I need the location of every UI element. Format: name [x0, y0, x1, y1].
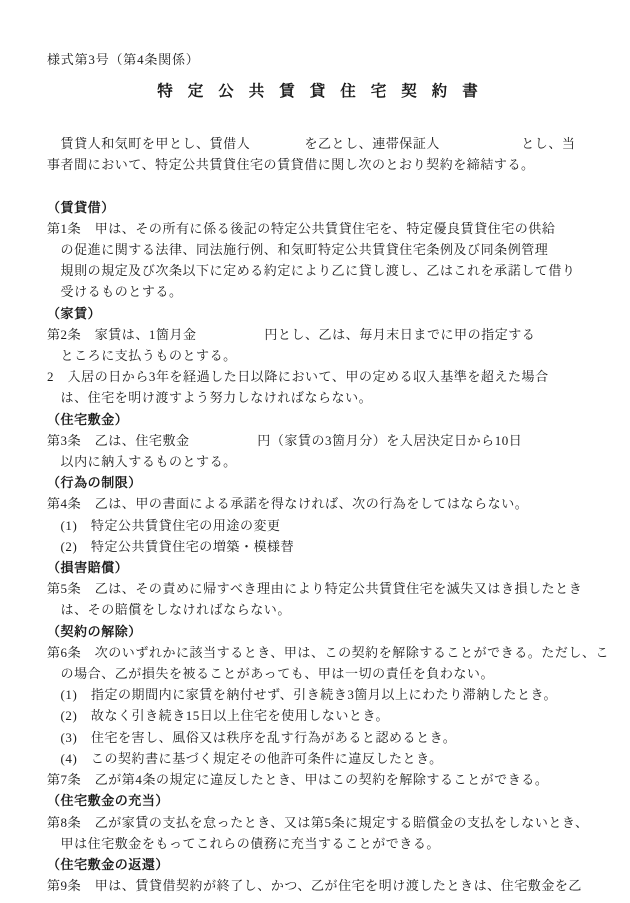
document-line: 甲は住宅敷金をもってこれらの債務に充当することができる。 [47, 833, 588, 854]
document-line: 事者間において、特定公共賃貸住宅の賃貸借に関し次のとおり契約を締結する。 [47, 154, 588, 175]
document-line: の促進に関する法律、同法施行例、和気町特定公共賃貸住宅条例及び同条例管理 [47, 239, 588, 260]
document-line: 以内に納入するものとする。 [47, 451, 588, 472]
document-line: ところに支払うものとする。 [47, 345, 588, 366]
document-line: 第6条 次のいずれかに該当するとき、甲は、この契約を解除することができる。ただし… [47, 642, 588, 663]
section-heading: （住宅敷金） [47, 409, 588, 430]
document-line: 第8条 乙が家賃の支払を怠ったとき、又は第5条に規定する賠償金の支払をしないとき… [47, 812, 588, 833]
document-line: (3) 住宅を害し、風俗又は秩序を乱す行為があると認めるとき。 [47, 727, 588, 748]
section-heading: （家賃） [47, 303, 588, 324]
document-line [47, 175, 588, 196]
document-body: 賃貸人和気町を甲とし、賃借人 を乙とし、連帯保証人 とし、当事者間において、特定… [47, 133, 588, 896]
document-line: 第1条 甲は、その所有に係る後記の特定公共賃貸住宅を、特定優良賃貸住宅の供給 [47, 218, 588, 239]
document-line: 規則の規定及び次条以下に定める約定により乙に貸し渡し、乙はこれを承諾して借り [47, 260, 588, 281]
document-line: 賃貸人和気町を甲とし、賃借人 を乙とし、連帯保証人 とし、当 [47, 133, 588, 154]
section-heading: （行為の制限） [47, 472, 588, 493]
section-heading: （住宅敷金の充当） [47, 790, 588, 811]
document-line: 受けるものとする。 [47, 281, 588, 302]
section-heading: （損害賠償） [47, 557, 588, 578]
document-line: 第9条 甲は、賃貸借契約が終了し、かつ、乙が住宅を明け渡したときは、住宅敷金を乙 [47, 875, 588, 896]
document-title: 特定公共賃貸住宅契約書 [47, 81, 588, 103]
document-line: 第7条 乙が第4条の規定に違反したとき、甲はこの契約を解除することができる。 [47, 769, 588, 790]
document-line: (1) 指定の期間内に家賃を納付せず、引き続き3箇月以上にわたり滞納したとき。 [47, 684, 588, 705]
document-line: (1) 特定公共賃貸住宅の用途の変更 [47, 515, 588, 536]
document-line: (4) この契約書に基づく規定その他許可条件に違反したとき。 [47, 748, 588, 769]
document-line: 第3条 乙は、住宅敷金 円（家賃の3箇月分）を入居決定日から10日 [47, 430, 588, 451]
contract-document-page: 様式第3号（第4条関係） 特定公共賃貸住宅契約書 賃貸人和気町を甲とし、賃借人 … [0, 0, 630, 903]
section-heading: （賃貸借） [47, 197, 588, 218]
form-number: 様式第3号（第4条関係） [47, 50, 588, 70]
document-line: は、住宅を明け渡すよう努力しなければならない。 [47, 387, 588, 408]
document-line: (2) 故なく引き続き15日以上住宅を使用しないとき。 [47, 705, 588, 726]
section-heading: （住宅敷金の返還） [47, 854, 588, 875]
document-line: (2) 特定公共賃貸住宅の増築・模様替 [47, 536, 588, 557]
section-heading: （契約の解除） [47, 621, 588, 642]
document-line: 第4条 乙は、甲の書面による承諾を得なければ、次の行為をしてはならない。 [47, 493, 588, 514]
document-line: の場合、乙が損失を被ることがあっても、甲は一切の責任を負わない。 [47, 663, 588, 684]
document-line: は、その賠償をしなければならない。 [47, 599, 588, 620]
document-line: 2 入居の日から3年を経過した日以降において、甲の定める収入基準を超えた場合 [47, 366, 588, 387]
document-line: 第5条 乙は、その責めに帰すべき理由により特定公共賃貸住宅を滅失又はき損したとき [47, 578, 588, 599]
document-line: 第2条 家賃は、1箇月金 円とし、乙は、毎月末日までに甲の指定する [47, 324, 588, 345]
